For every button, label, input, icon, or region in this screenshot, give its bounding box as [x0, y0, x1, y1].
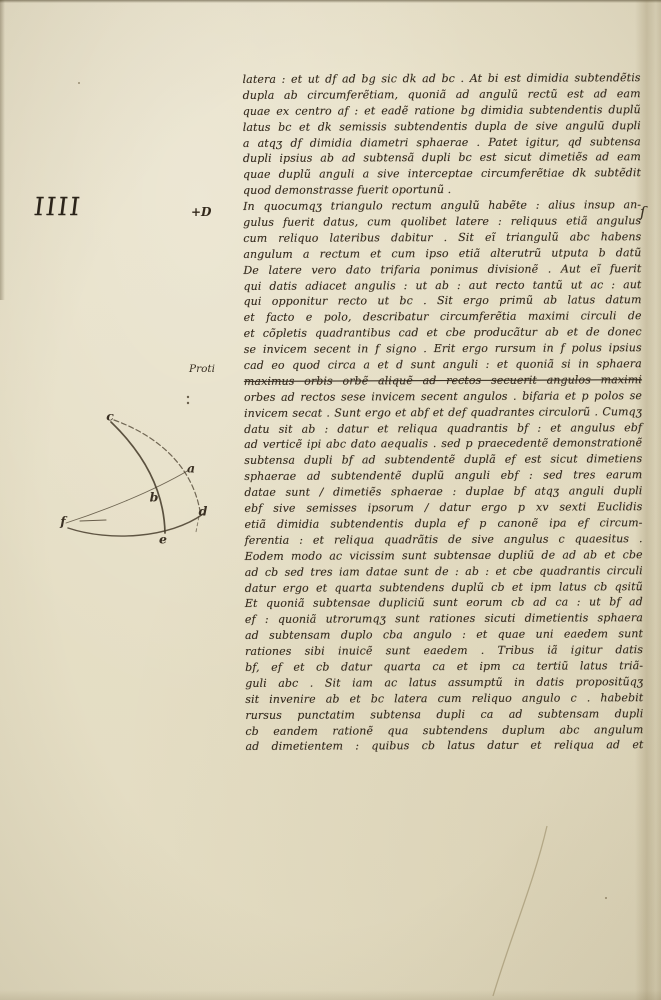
- page-bottom-edge: [0, 990, 661, 1000]
- manuscript-text-block: latera : et ut df ad bg sic dk ad bc . A…: [243, 70, 644, 755]
- manuscript-line: ef : quoniã utrorumqʒ sunt rationes sicu…: [245, 610, 643, 628]
- manuscript-line: ad subtensam duplo cba angulo : et quae …: [245, 626, 643, 644]
- manuscript-line: et cõpletis quadrantibus cad et cbe prod…: [244, 324, 642, 342]
- parchment-speck: [605, 897, 607, 899]
- diagram-point-label: d: [199, 504, 208, 519]
- manuscript-line: cum reliquo lateribus dabitur . Sit eĩ t…: [243, 229, 641, 247]
- manuscript-line: quae duplũ anguli a sive interceptae cir…: [243, 165, 641, 183]
- manuscript-line: angulum a rectum et cum ipso etiã alteru…: [243, 245, 641, 263]
- manuscript-line: In quocumqʒ triangulo rectum angulũ habẽ…: [243, 197, 641, 215]
- manuscript-line: quae ex centro af : et eadẽ ratione bg d…: [243, 102, 641, 120]
- manuscript-line: latera : et ut df ad bg sic dk ad bc . A…: [243, 70, 641, 88]
- manuscript-line: qui datis adiacet angulis : ut ab : aut …: [243, 277, 641, 295]
- margin-chapter-numeral: IIII: [32, 192, 83, 221]
- diagram-point-label: f: [60, 514, 65, 529]
- manuscript-line: rursus punctatim subtensa dupli ca ad su…: [245, 706, 643, 724]
- manuscript-line: se invicem secent in f signo . Erit ergo…: [244, 340, 642, 358]
- manuscript-line: bf, ef et cb datur quarta ca et ipm ca t…: [245, 658, 643, 676]
- manuscript-line: dupla ab circumferẽtiam, quoniã ad angul…: [243, 86, 641, 104]
- diagram-point-label: c: [106, 409, 114, 424]
- manuscript-line: subtensa dupli bf ad subtendentẽ duplã e…: [244, 452, 642, 470]
- manuscript-line: qui opponitur recto ut bc . Sit ergo pri…: [243, 293, 641, 311]
- manuscript-line: gulus fuerit datus, cum quolibet latere …: [243, 213, 641, 231]
- diagram-point-label: a: [187, 461, 195, 476]
- diagram-point-label: e: [159, 532, 167, 547]
- manuscript-line: et facto e polo, describatur circumferẽt…: [244, 308, 642, 326]
- manuscript-line: rationes sibi inuicẽ sunt eaedem . Tribu…: [245, 642, 643, 660]
- manuscript-line: cb eandem rationẽ qua subtendens duplum …: [245, 722, 643, 740]
- manuscript-page: IIII +D ſ Proti latera : et ut df ad bg …: [0, 0, 661, 1000]
- manuscript-line: a atqʒ df dimidia diametri sphaerae . Pa…: [243, 134, 641, 152]
- manuscript-line: Et quoniã subtensae dupliciũ sunt eorum …: [245, 595, 643, 613]
- manuscript-line: latus bc et dk semissis subtendentis dup…: [243, 118, 641, 136]
- manuscript-line: ad dimetientem : quibus cb latus datur e…: [245, 738, 643, 756]
- manuscript-line: orbes ad rectos sese invicem secent angu…: [244, 388, 642, 406]
- page-top-edge: [0, 0, 661, 3]
- manuscript-line: maximus orbis orbẽ aliquẽ ad rectos secu…: [244, 372, 642, 390]
- diagram-arcs: [40, 390, 225, 565]
- manuscript-line: ad cb sed tres iam datae sunt de : ab : …: [245, 563, 643, 581]
- manuscript-line: dupli ipsius ab ad subtensã dupli bc est…: [243, 150, 641, 168]
- manuscript-line: sphaerae ad subtendentẽ duplũ anguli ebf…: [244, 467, 642, 485]
- manuscript-line: De latere vero dato trifaria ponimus div…: [243, 261, 641, 279]
- manuscript-line: ebf sive semisses ipsorum / datur ergo p…: [244, 499, 642, 517]
- manuscript-line: datu sit ab : datur et reliqua quadranti…: [244, 420, 642, 438]
- manuscript-line: datur ergo et quarta subtendens duplũ cb…: [245, 579, 643, 597]
- manuscript-line: cad eo quod circa a et d sunt anguli : e…: [244, 356, 642, 374]
- page-left-edge: [0, 0, 5, 300]
- margin-paragraph-mark: +D: [191, 205, 211, 219]
- manuscript-line: quod demonstrasse fuerit oportunũ .: [243, 181, 641, 199]
- manuscript-line: etiã dimidia subtendentis dupla ef p can…: [244, 515, 642, 533]
- margin-side-note: Proti: [189, 363, 215, 375]
- manuscript-line: ad verticẽ ipi abc dato aequalis . sed p…: [244, 436, 642, 454]
- manuscript-line: guli abc . Sit iam ac latus assumptũ in …: [245, 674, 643, 692]
- manuscript-line: Eodem modo ac vicissim sunt subtensae du…: [245, 547, 643, 565]
- parchment-speck: [78, 82, 80, 84]
- manuscript-line: datae sunt / dimetiẽs sphaerae : duplae …: [244, 483, 642, 501]
- spherical-triangle-diagram: cabdfe: [40, 390, 225, 565]
- manuscript-line: sit invenire ab et bc latera cum reliquo…: [245, 690, 643, 708]
- manuscript-line: invicem secat . Sunt ergo et abf et def …: [244, 404, 642, 422]
- manuscript-line: ferentia : et reliqua quadrãtis de sive …: [245, 531, 643, 549]
- diagram-point-label: b: [150, 490, 159, 505]
